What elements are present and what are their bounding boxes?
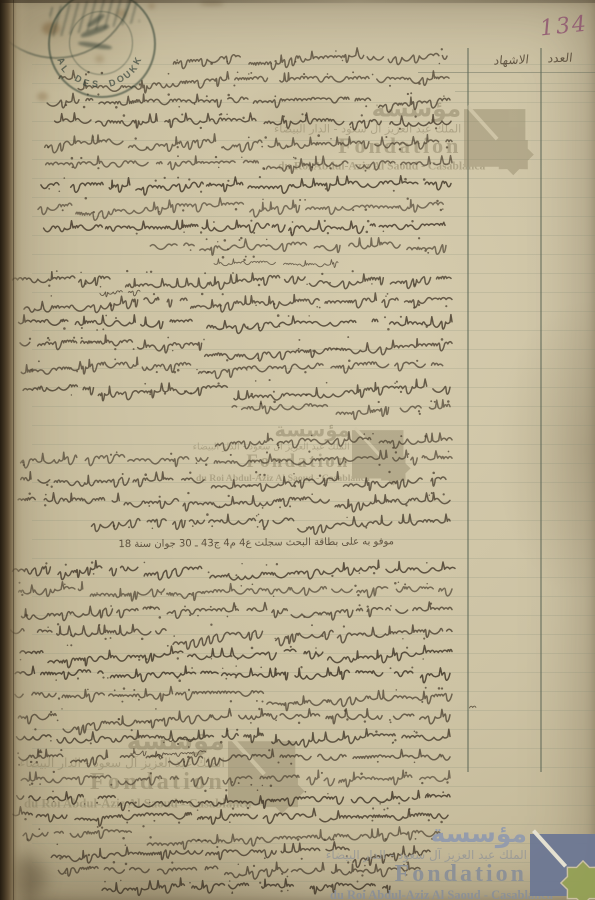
foundation-french-title: Fondation [207,452,350,471]
foundation-french-title: Fondation [291,135,461,157]
foundation-french-subtitle: du Roi Abdul-Aziz Al Saoud - Casablanca [330,888,527,900]
stamp-arc-letter: L [59,63,70,74]
stamp-arc-letter: U [121,69,132,81]
star-shape [493,134,534,175]
foundation-french-subtitle: du Roi Abdul-Aziz Al Saoud - Casablanca [278,159,461,173]
stamp-smudge [80,23,110,39]
page-number: 134 [539,12,589,42]
foundation-logo-mark [464,109,525,167]
foundation-arabic-subtitle: الملك عبد العزيز آل سعود - الدار البيضاء [278,122,461,135]
foundation-arabic-title: مؤسسة [390,821,527,846]
eight-point-star-icon [490,131,537,178]
stamp-inner-ring [69,11,133,75]
stamp-arc-letter: O [115,73,126,85]
stamp-arc-letter: A [55,56,67,66]
star-shape [561,861,595,900]
stamp-outer-ring [48,0,156,98]
foundation-arabic-title: مؤسسة [334,97,461,120]
foundation-french-title: Fondation [38,770,225,794]
ink-stain [116,9,127,18]
ink-stain [148,3,155,9]
foundation-watermark: مؤسسة الملك عبد العزيز آل سعود - الدار ا… [196,420,403,482]
stamp-arc-letter: K [132,56,144,66]
foundation-arabic-title: مؤسسة [85,728,225,754]
foundation-logo-text: مؤسسة الملك عبد العزيز آل سعود - الدار ا… [278,97,461,173]
star-shape [376,451,411,486]
book-binding-edge [0,0,30,900]
foundation-french-title: Fondation [344,862,527,886]
foundation-arabic-subtitle: الملك عبد العزيز آل سعود - الدار البيضاء [330,848,527,862]
stamp-smudge [78,41,112,51]
ink-stain [42,22,60,35]
eight-point-star-icon [558,858,595,900]
registration-note: موفو به على بطاقة البحث سجلت ع4 م4 ج43 ـ… [58,536,394,551]
foundation-french-subtitle: du Roi Abdul-Aziz Al Saoud - Casablanca [24,796,225,811]
foundation-logo-text: مؤسسة الملك عبد العزيز آل سعود - الدار ا… [330,821,527,900]
stamp-smudge [48,0,140,37]
foundation-french-subtitle: du Roi Abdul-Aziz Al Saoud - Casablanca [196,472,350,484]
header-rule-line [418,72,595,73]
stamp-arc-letter: D [107,77,116,88]
foundation-watermark: مؤسسة الملك عبد العزيز آل سعود - الدار ا… [24,728,295,810]
foundation-logo-mark [228,741,295,804]
stamp-arc-letter: K [127,63,139,74]
foundation-logo-text: مؤسسة الملك عبد العزيز آل سعود - الدار ا… [24,728,225,812]
foundation-logo-mark [530,834,595,896]
stamp-smudge [86,13,105,29]
foundation-arabic-title: مؤسسة [243,420,350,440]
foundation-watermark: مؤسسة الملك عبد العزيز آل سعود - الدار ا… [278,97,525,171]
stamp-arc-letter: S [91,79,98,90]
scan-top-edge [0,0,595,3]
eight-point-star-icon [374,449,413,488]
ink-stain [95,55,104,63]
star-shape [260,769,305,814]
foundation-arabic-subtitle: الملك عبد العزيز آل سعود - الدار البيضاء [24,756,225,770]
foundation-logo-mark [352,430,403,478]
stamp-arc-letter: D [73,73,83,85]
header-rule-line-2 [455,91,595,92]
ink-stain [37,92,48,101]
stamp-arc-letter: E [82,77,91,88]
column-header-number: العدد [547,51,573,66]
eight-point-star-icon [257,766,308,817]
circular-ink-stamp: AL DES DOUKK [40,0,160,100]
column-header-attestation: الاشهاد [493,52,529,67]
foundation-logo-text: مؤسسة الملك عبد العزيز آل سعود - الدار ا… [196,420,350,484]
manuscript-page-scan: مؤسسة الملك عبد العزيز آل سعود - الدار ا… [0,0,595,900]
foundation-logo: مؤسسة الملك عبد العزيز آل سعود - الدار ا… [330,821,595,900]
column-divider-line [540,48,542,772]
